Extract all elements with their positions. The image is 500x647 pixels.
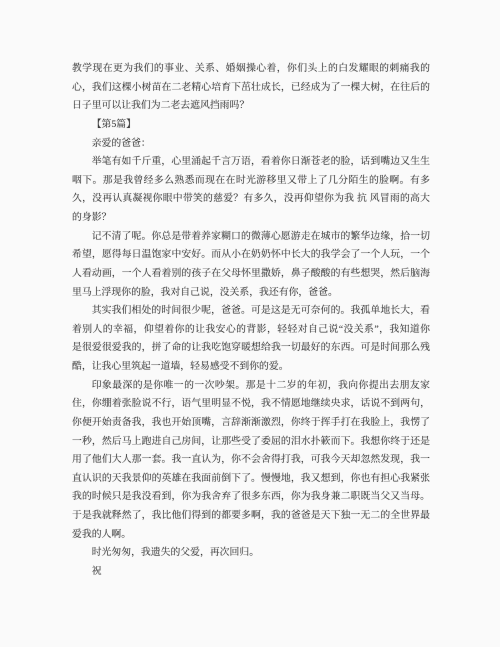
text-line: 其实我们相处的时间很少呢，爸爸。可是这是无可奈何的。我孤单地长大，看	[72, 302, 430, 321]
text-line: 于是我就释然了，我比他们得到的都要多啊，我的爸爸是天下独一无二的全世界最	[72, 507, 430, 526]
text-line: 心，我们这棵小树苗在二老精心培育下茁壮成长，已经成为了一棵大树，在往后的	[72, 79, 430, 98]
text-line: 你便开始责备我，我也开始顶嘴，言辞渐渐激烈，你终于挥手打在我脸上，我愣了	[72, 414, 430, 433]
text-line: 的身影？	[72, 209, 430, 228]
text-line: 我的时候只是我没看到，你为我舍弃了很多东西，你为我身兼二职既当父又当母。	[72, 488, 430, 507]
text-line: 时光匆匆，我遗失的父爱，再次回归。	[72, 544, 430, 563]
text-line: 印象最深的是你唯一的一次吵架。那是十二岁的年初，我向你提出去朋友家	[72, 377, 430, 396]
text-line: 希望，愿得每日温饱家中安好。而从小在奶奶怀中长大的我学会了一个人玩，一个	[72, 246, 430, 265]
text-line: 人看动画，一个人看着别的孩子在父母怀里撒娇，鼻子酸酸的有些想哭，然后脑海	[72, 265, 430, 284]
text-line: 用了他们大人那一套。我一直认为，你不会舍得打我，可我今天却忽然发现，我一	[72, 451, 430, 470]
letter-body: 教学现在更为我们的事业、关系、婚姻操心着，你们头上的白发耀眼的刺痛我的心，我们这…	[72, 60, 430, 582]
text-line: 祝	[72, 563, 430, 582]
text-line: 里马上浮现你的脸，我对自己说，没关系，我还有你，爸爸。	[72, 284, 430, 303]
text-line: 着别人的幸福，仰望着你的让我安心的背影，轻轻对自己说“没关系”，我知道你	[72, 321, 430, 340]
text-line: 亲爱的爸爸：	[72, 135, 430, 154]
document-page: 教学现在更为我们的事业、关系、婚姻操心着，你们头上的白发耀眼的刺痛我的心，我们这…	[0, 0, 500, 647]
text-line: 爱我的人啊。	[72, 526, 430, 545]
text-line: 咽下。那是我曾经多么熟悉而现在在时光游移里又带上了几分陌生的脸啊。有多	[72, 172, 430, 191]
text-line: 举笔有如千斤重，心里涌起千言万语，看着你日渐苍老的脸，话到嘴边又生生	[72, 153, 430, 172]
text-line: 日子里可以让我们为二老去遮风挡雨吗？	[72, 97, 430, 116]
text-line: 酷，让我心里筑起一道墙，轻易感受不到你的爱。	[72, 358, 430, 377]
text-line: 记不清了呢。你总是带着养家糊口的微薄心愿游走在城市的繁华边缘，拾一切	[72, 228, 430, 247]
text-line: 【第5篇】	[72, 116, 430, 135]
text-line: 直认识的天我景仰的英雄在我面前倒下了。慢慢地，我又想到，你也有担心我紧张	[72, 470, 430, 489]
text-line: 一秒，然后马上跑进自己房间，让那些受了委屈的泪水扑簌而下。我想你终于还是	[72, 433, 430, 452]
text-line: 久，没再认真凝视你眼中带笑的慈爱？有多久，没再仰望你为我 抗 风冒雨的高大	[72, 190, 430, 209]
text-line: 住，你绷着张脸说不行，语气里明显不悦，我不情愿地继续央求，话说不到两句，	[72, 395, 430, 414]
text-line: 教学现在更为我们的事业、关系、婚姻操心着，你们头上的白发耀眼的刺痛我的	[72, 60, 430, 79]
text-line: 是很爱很爱我的，拼了命的让我吃饱穿暖想给我一切最好的东西。可是时间那么残	[72, 339, 430, 358]
